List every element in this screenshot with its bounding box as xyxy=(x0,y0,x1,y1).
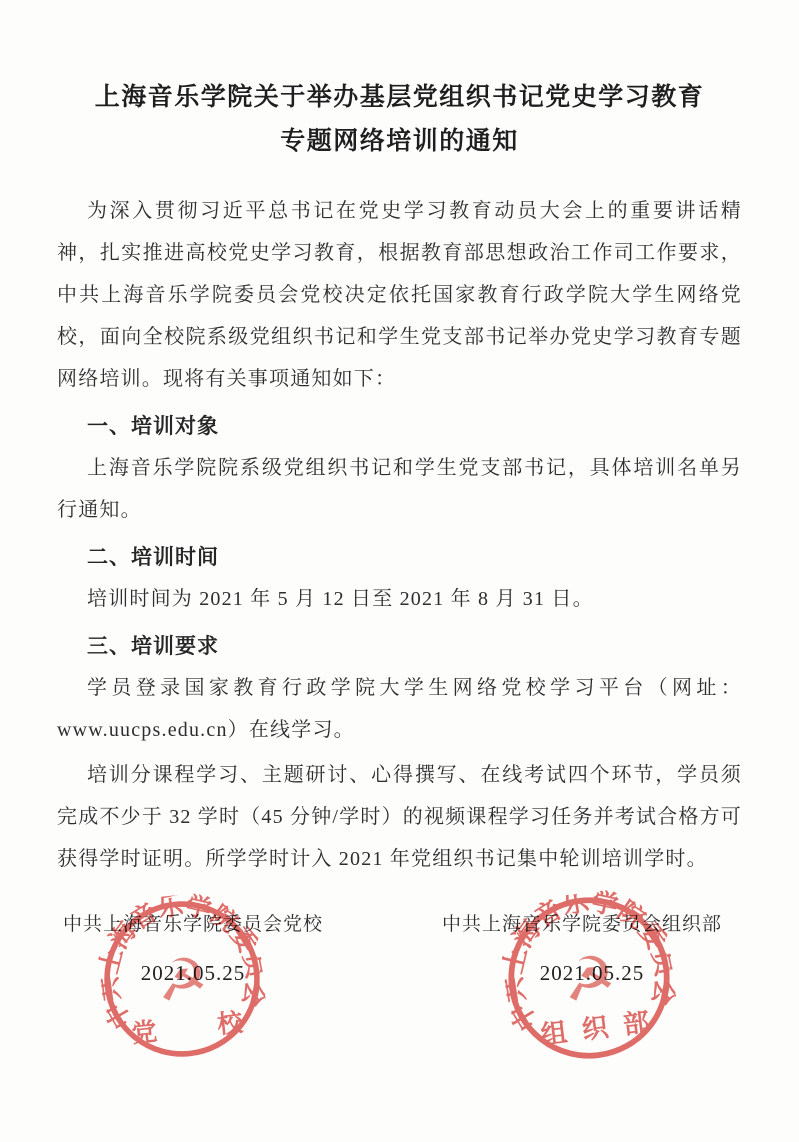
title-line-1: 上海音乐学院关于举办基层党组织书记党史学习教育 xyxy=(57,76,742,120)
organization-dept-seal: 中共上海音乐学院委员会 ☭ 组 织 部 xyxy=(495,883,682,1072)
document-title: 上海音乐学院关于举办基层党组织书记党史学习教育 专题网络培训的通知 xyxy=(57,76,742,164)
title-line-2: 专题网络培训的通知 xyxy=(57,120,742,164)
intro-line: 为深入贯彻习近平总书记在党史学习教育动员大会上的重要讲话精 xyxy=(57,190,742,232)
body-line: 获得学时证明。所学学时计入 2021 年党组织书记集中轮训培训学时。 xyxy=(57,838,742,880)
body-line: www.uucps.edu.cn）在线学习。 xyxy=(57,709,742,751)
notice-document-page: 上海音乐学院关于举办基层党组织书记党史学习教育 专题网络培训的通知 为深入贯彻习… xyxy=(0,0,799,1142)
body-line: 培训时间为 2021 年 5 月 12 日至 2021 年 8 月 31 日。 xyxy=(57,578,742,620)
hammer-sickle-icon: ☭ xyxy=(559,941,620,1016)
body-line: 完成不少于 32 学时（45 分钟/学时）的视频课程学习任务并考试合格方可 xyxy=(57,796,742,838)
body-line: 培训分课程学习、主题研讨、心得撰写、在线考试四个环节，学员须 xyxy=(57,754,742,796)
hammer-sickle-icon: ☭ xyxy=(153,945,210,1016)
intro-line: 中共上海音乐学院委员会党校决定依托国家教育行政学院大学生网络党 xyxy=(57,274,742,316)
body-line: 学员登录国家教育行政学院大学生网络党校学习平台（网址： xyxy=(57,667,742,709)
intro-line: 网络培训。现将有关事项通知如下： xyxy=(57,358,742,400)
party-school-seal: 中共上海音乐学院委员会 ☭ 党 校 xyxy=(93,887,272,1071)
section-heading-training-time: 二、培训时间 xyxy=(57,536,742,578)
section-heading-training-requirements: 三、培训要求 xyxy=(57,625,742,667)
intro-paragraph: 为深入贯彻习近平总书记在党史学习教育动员大会上的重要讲话精 神，扎实推进高校党史… xyxy=(57,190,742,400)
section-1-body: 上海音乐学院院系级党组织书记和学生党支部书记，具体培训名单另 行通知。 xyxy=(57,447,742,531)
intro-line: 神，扎实推进高校党史学习教育，根据教育部思想政治工作司工作要求， xyxy=(57,232,742,274)
seal-bottom-text: 党 校 xyxy=(130,1008,244,1049)
intro-line: 校，面向全校院系级党组织书记和学生党支部书记举办党史学习教育专题 xyxy=(57,316,742,358)
section-2-body: 培训时间为 2021 年 5 月 12 日至 2021 年 8 月 31 日。 xyxy=(57,578,742,620)
seal-bottom-text: 组 织 部 xyxy=(539,1008,652,1051)
section-3-paragraph-2: 培训分课程学习、主题研讨、心得撰写、在线考试四个环节，学员须 完成不少于 32 … xyxy=(57,754,742,880)
section-3-paragraph-1: 学员登录国家教育行政学院大学生网络党校学习平台（网址： www.uucps.ed… xyxy=(57,667,742,751)
section-heading-training-target: 一、培训对象 xyxy=(57,405,742,447)
body-line: 行通知。 xyxy=(57,489,742,531)
body-line: 上海音乐学院院系级党组织书记和学生党支部书记，具体培训名单另 xyxy=(57,447,742,489)
